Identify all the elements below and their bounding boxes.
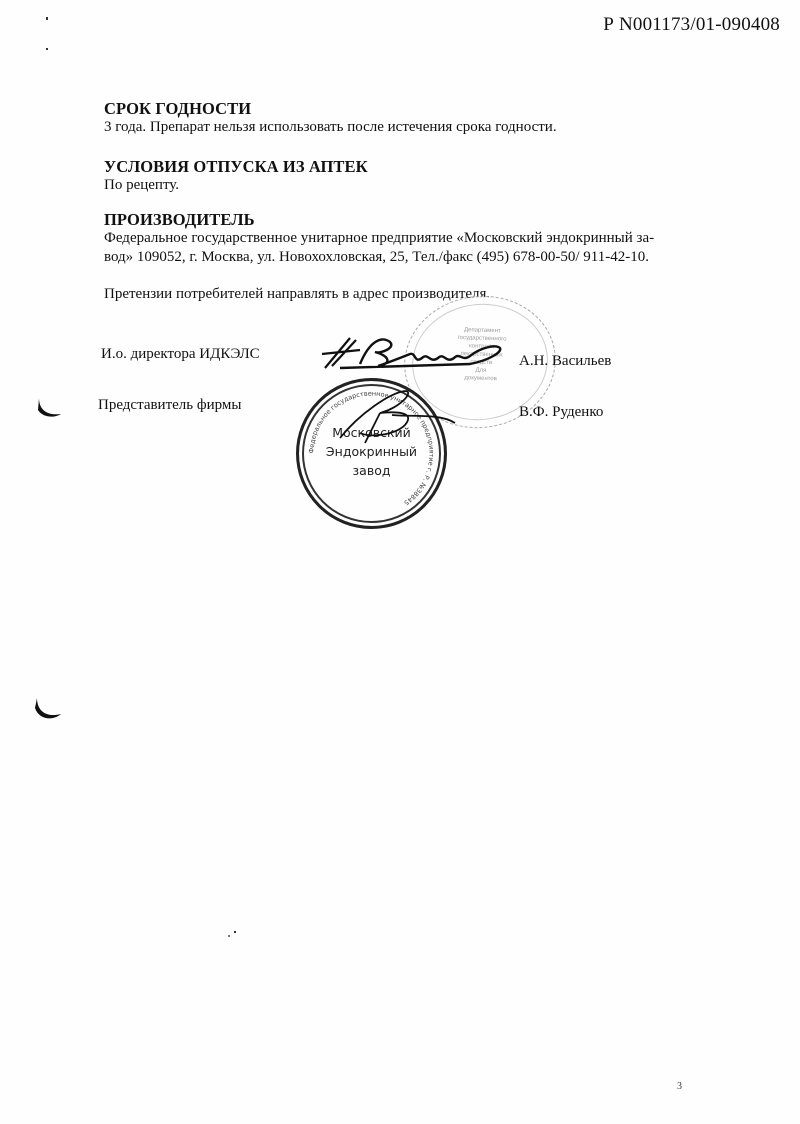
punch-hole-mark-icon [33,696,63,722]
scan-speck [46,48,48,50]
signatory-role-1: И.о. директора ИДКЭЛС [101,346,260,363]
section-text: По рецепту. [104,176,368,195]
signature-vasiliev [320,330,510,375]
signature-rudenko [320,383,460,453]
manufacturer-line-2: вод» 109052, г. Москва, ул. Новохохловск… [104,248,714,267]
scan-speck [228,935,230,937]
section-manufacturer: ПРОИЗВОДИТЕЛЬ Федеральное государственно… [104,210,714,267]
section-heading: СРОК ГОДНОСТИ [104,99,557,118]
punch-hole-mark-icon [35,396,65,420]
registration-number: Р N001173/01-090408 [603,14,780,36]
signatory-name-1: А.Н. Васильев [519,353,611,370]
signatory-name-2: В.Ф. Руденко [519,404,603,421]
section-heading: УСЛОВИЯ ОТПУСКА ИЗ АПТЕК [104,157,368,176]
signatory-role-2: Представитель фирмы [98,397,241,414]
scan-speck [234,931,236,933]
section-dispensing: УСЛОВИЯ ОТПУСКА ИЗ АПТЕК По рецепту. [104,157,368,195]
scan-speck [46,17,48,20]
manufacturer-line-1: Федеральное государственное унитарное пр… [104,229,714,248]
page-number: 3 [677,1081,682,1092]
section-heading: ПРОИЗВОДИТЕЛЬ [104,210,714,229]
claims-notice: Претензии потребителей направлять в адре… [104,286,490,303]
section-expiry: СРОК ГОДНОСТИ 3 года. Препарат нельзя ис… [104,99,557,137]
section-text: 3 года. Препарат нельзя использовать пос… [104,118,557,137]
document-page: Р N001173/01-090408 СРОК ГОДНОСТИ 3 года… [0,0,800,1124]
